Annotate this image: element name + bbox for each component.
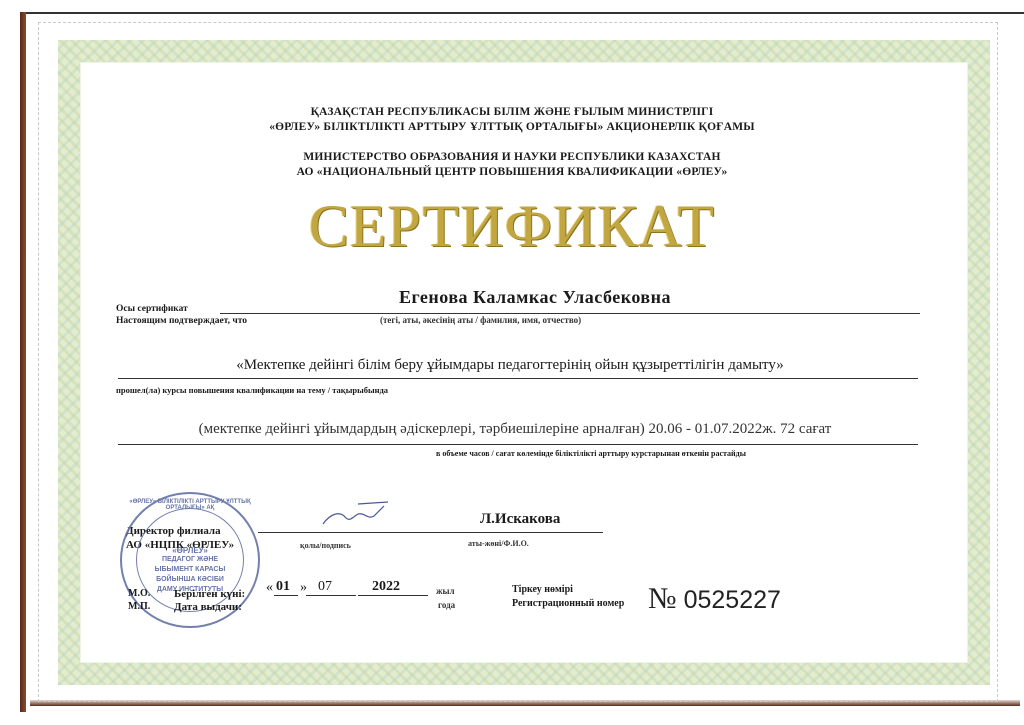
hours-label: в объеме часов / сағат көлемінде білікті… [436, 449, 746, 458]
name-underline [220, 313, 920, 314]
header-ministry-ru: МИНИСТЕРСТВО ОБРАЗОВАНИЯ И НАУКИ РЕСПУБЛ… [0, 151, 1024, 163]
header-org-ru: АО «НАЦИОНАЛЬНЫЙ ЦЕНТР ПОВЫШЕНИЯ КВАЛИФИ… [0, 166, 1024, 178]
registration-number-value: 0525227 [684, 586, 781, 614]
date-open-quote: « [266, 580, 273, 596]
course-label: прошел(ла) курсы повышения квалификации … [116, 385, 388, 395]
recipient-name-hint: (тегі, аты, әкесінің аты / фамилия, имя,… [380, 315, 581, 325]
issue-date-label-ru: Дата выдачи: [174, 601, 242, 613]
course-underline [118, 378, 918, 379]
year-underline [358, 595, 428, 596]
year-label-kz: жыл [436, 586, 455, 596]
registration-number: № 0525227 [648, 582, 781, 616]
registration-label-kz: Тіркеу нөмірі [512, 584, 573, 595]
stamp-line3: ЫБЫМЕНТ КАРАСЫ [122, 566, 258, 573]
recipient-label-kz: Осы сертификат [116, 304, 188, 314]
certificate-title: СЕРТИФИКАТ [0, 192, 1024, 261]
signature-scribble [318, 500, 393, 530]
details-underline [118, 444, 918, 445]
stamp-line4: БОЙЫНША КӘСІБИ [122, 576, 258, 583]
director-name: Л.Искакова [480, 511, 560, 528]
signature-underline [258, 532, 603, 533]
recipient-name: Егенова Каламкас Уласбековна [360, 287, 710, 308]
issue-year: 2022 [372, 579, 400, 595]
issue-month: 07 [318, 579, 332, 595]
director-name-caption: аты-жөні/Ф.И.О. [468, 539, 529, 548]
course-title: «Мектепке дейінгі білім беру ұйымдары пе… [100, 357, 920, 374]
year-label-ru: года [438, 600, 455, 610]
stamp-ring-text: «ӨРЛЕУ» БІЛІКТІЛІКТІ АРТТЫРУ ҰЛТТЫҚ ОРТА… [122, 499, 258, 511]
registration-label-ru: Регистрационный номер [512, 598, 624, 609]
month-underline [306, 595, 356, 596]
mp-label-ru: М.П. [128, 601, 150, 612]
stamp-line1: «ӨРЛЕУ» [122, 546, 258, 555]
stamp-line2: ПЕДАГОГ ЖӘНЕ [122, 556, 258, 563]
number-sign: № [648, 582, 677, 615]
date-close-quote: » [300, 580, 307, 596]
header-ministry-kz: ҚАЗАҚСТАН РЕСПУБЛИКАСЫ БІЛІМ ЖӘНЕ ҒЫЛЫМ … [0, 106, 1024, 118]
day-underline [274, 595, 298, 596]
header-org-kz: «ӨРЛЕУ» БІЛІКТІЛІКТІ АРТТЫРУ ҰЛТТЫҚ ОРТА… [0, 121, 1024, 133]
recipient-label-ru: Настоящим подтверждает, что [116, 316, 247, 326]
issue-day: 01 [276, 579, 290, 595]
course-details: (мектепке дейінгі ұйымдардың әдіскерлері… [100, 421, 930, 438]
scan-edge-top [20, 12, 1024, 14]
issue-date-label-kz: Берілген күні: [174, 588, 245, 600]
mp-label-kz: М.О. [128, 588, 150, 599]
signature-caption: қолы/подпись [300, 541, 351, 550]
